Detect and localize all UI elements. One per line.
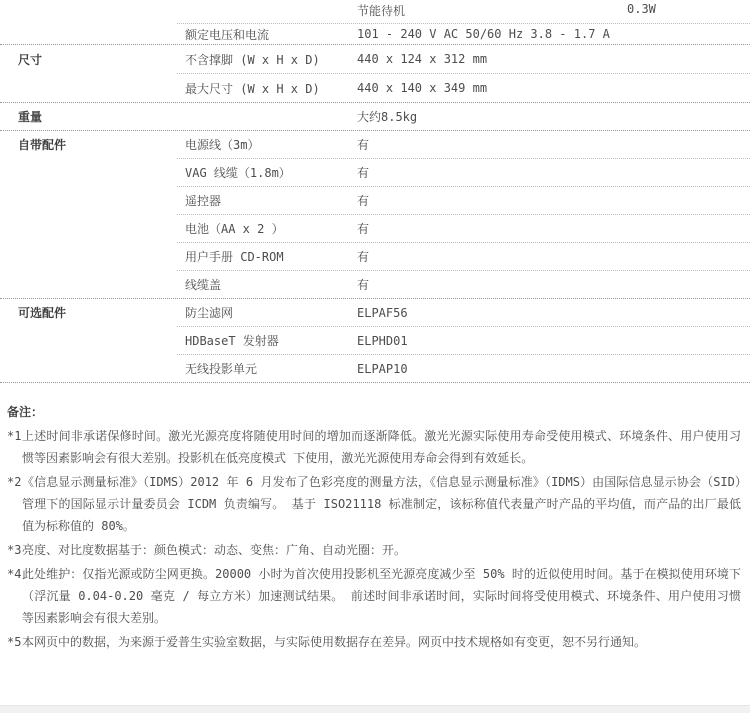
spec-section-optional-accessories: 可选配件 防尘滤网 ELPAF56 HDBaseT 发射器 ELPHD01 无线…: [0, 299, 750, 383]
spec-item-label: 最大尺寸 (W x H x D): [185, 80, 357, 97]
spec-item-label: 防尘滤网: [185, 304, 357, 321]
spec-item-value: 0.3W: [627, 2, 656, 16]
footnote-marker: *2: [7, 471, 22, 537]
footnote-marker: *3: [7, 539, 22, 561]
notes-heading: 备注：: [7, 401, 741, 423]
table-row: HDBaseT 发射器 ELPHD01: [0, 327, 750, 354]
table-row: 无线投影单元 ELPAP10: [0, 355, 750, 382]
table-row: 最大尺寸 (W x H x D) 440 x 140 x 349 mm: [0, 74, 750, 102]
table-row: 节能待机 0.3W: [0, 0, 750, 23]
footnote-text: 本网页中的数据，为来源于爱普生实验室数据，与实际使用数据存在差异。网页中技术规格…: [22, 631, 741, 653]
footnote: *5 本网页中的数据，为来源于爱普生实验室数据，与实际使用数据存在差异。网页中技…: [7, 631, 741, 653]
spec-section-power: 节能待机 0.3W 额定电压和电流 101 - 240 V AC 50/60 H…: [0, 0, 750, 45]
spec-item-value: 440 x 140 x 349 mm: [357, 81, 750, 95]
spec-item-label: 无线投影单元: [185, 360, 357, 377]
notes-section: 备注： *1 上述时间非承诺保修时间。激光光源亮度将随使用时间的增加而逐渐降低。…: [0, 383, 750, 653]
spec-item-label: 线缆盖: [185, 276, 357, 293]
footnote-text: 上述时间非承诺保修时间。激光光源亮度将随使用时间的增加而逐渐降低。激光光源实际使…: [22, 425, 741, 469]
table-row: 线缆盖 有: [0, 271, 750, 298]
spec-item-label: 电池（AA x 2 ）: [185, 220, 357, 237]
spec-section-included-accessories: 自带配件 电源线（3m） 有 VAG 线缆（1.8m） 有 遥控器 有 电池（A…: [0, 131, 750, 299]
table-row: 电池（AA x 2 ） 有: [0, 215, 750, 242]
footer-bar: [0, 705, 750, 713]
spec-item-value: ELPAP10: [357, 362, 750, 376]
footnote-marker: *1: [7, 425, 22, 469]
spec-item-value: 有: [357, 248, 750, 265]
spec-item-value: 有: [357, 192, 750, 209]
spec-item-label: 遥控器: [185, 192, 357, 209]
table-row: 遥控器 有: [0, 187, 750, 214]
table-row: 自带配件 电源线（3m） 有: [0, 131, 750, 158]
footnote: *3 亮度、对比度数据基于：颜色模式：动态、变焦：广角、自动光圈：开。: [7, 539, 741, 561]
spec-item-value: ELPHD01: [357, 334, 750, 348]
footnote: *1 上述时间非承诺保修时间。激光光源亮度将随使用时间的增加而逐渐降低。激光光源…: [7, 425, 741, 469]
spec-item-value: 有: [357, 136, 750, 153]
spec-category-label: 可选配件: [0, 304, 185, 321]
spec-item-value: 440 x 124 x 312 mm: [357, 52, 750, 66]
spec-item-label: 节能待机: [357, 2, 750, 19]
spec-item-value: 大约8.5kg: [357, 108, 750, 125]
footnote-text: 此处维护：仅指光源或防尘网更换。20000 小时为首次使用投影机至光源亮度减少至…: [22, 563, 741, 629]
table-row: 用户手册 CD-ROM 有: [0, 243, 750, 270]
spec-category-label: 重量: [0, 108, 185, 125]
table-row: 额定电压和电流 101 - 240 V AC 50/60 Hz 3.8 - 1.…: [0, 24, 750, 44]
spec-item-label: 额定电压和电流: [185, 26, 357, 43]
spec-item-label: HDBaseT 发射器: [185, 332, 357, 349]
spec-item-value: 有: [357, 164, 750, 181]
table-row: 可选配件 防尘滤网 ELPAF56: [0, 299, 750, 326]
spec-item-value: 有: [357, 220, 750, 237]
spec-item-label: 不含撑脚 (W x H x D): [185, 51, 357, 68]
footnote: *2 《信息显示测量标准》（IDMS）2012 年 6 月发布了色彩亮度的测量方…: [7, 471, 741, 537]
footnote-text: 亮度、对比度数据基于：颜色模式：动态、变焦：广角、自动光圈：开。: [22, 539, 741, 561]
footnote-text: 《信息显示测量标准》（IDMS）2012 年 6 月发布了色彩亮度的测量方法，《…: [22, 471, 741, 537]
spec-item-label: VAG 线缆（1.8m）: [185, 164, 357, 181]
footnote-marker: *4: [7, 563, 22, 629]
spec-table: 节能待机 0.3W 额定电压和电流 101 - 240 V AC 50/60 H…: [0, 0, 750, 383]
spec-item-value: ELPAF56: [357, 306, 750, 320]
spec-item-value: 101 - 240 V AC 50/60 Hz 3.8 - 1.7 A: [357, 27, 750, 41]
table-row: VAG 线缆（1.8m） 有: [0, 159, 750, 186]
table-row: 尺寸 不含撑脚 (W x H x D) 440 x 124 x 312 mm: [0, 45, 750, 73]
spec-item-label: 用户手册 CD-ROM: [185, 248, 357, 265]
spec-item-label: 电源线（3m）: [185, 136, 357, 153]
spec-item-value: 有: [357, 276, 750, 293]
table-row: 重量 大约8.5kg: [0, 103, 750, 130]
spec-section-weight: 重量 大约8.5kg: [0, 103, 750, 131]
spec-section-dimensions: 尺寸 不含撑脚 (W x H x D) 440 x 124 x 312 mm 最…: [0, 45, 750, 103]
spec-page: 节能待机 0.3W 额定电压和电流 101 - 240 V AC 50/60 H…: [0, 0, 750, 713]
footnote-marker: *5: [7, 631, 22, 653]
footnote: *4 此处维护：仅指光源或防尘网更换。20000 小时为首次使用投影机至光源亮度…: [7, 563, 741, 629]
spec-category-label: 自带配件: [0, 136, 185, 153]
spec-category-label: 尺寸: [0, 51, 185, 68]
